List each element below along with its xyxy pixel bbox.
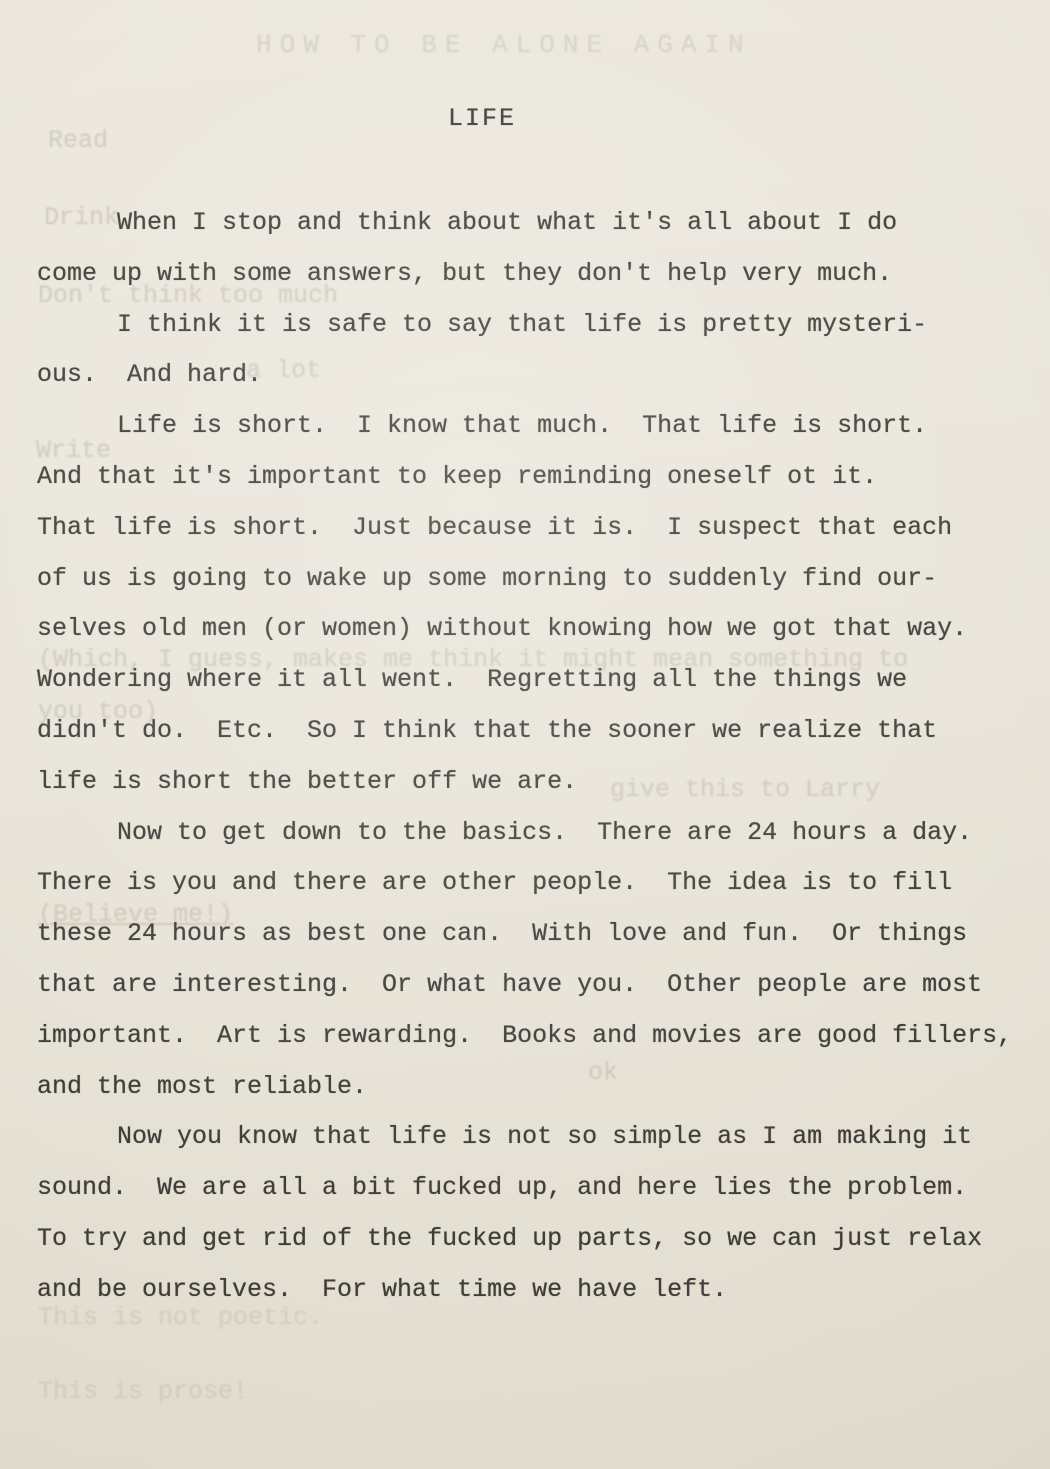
typewritten-line: didn't do. Etc. So I think that the soon…: [37, 706, 1037, 757]
ghost-line: Read: [48, 126, 108, 155]
typewritten-line: ous. And hard.: [37, 350, 1037, 401]
typewritten-line: Life is short. I know that much. That li…: [37, 401, 1037, 452]
typewritten-line: important. Art is rewarding. Books and m…: [37, 1011, 1037, 1062]
typewritten-line: selves old men (or women) without knowin…: [37, 604, 1037, 655]
typewritten-line: and be ourselves. For what time we have …: [37, 1265, 1037, 1316]
typewritten-line: life is short the better off we are.: [37, 757, 1037, 808]
typewritten-line: and the most reliable.: [37, 1062, 1037, 1113]
typewritten-line: That life is short. Just because it is. …: [37, 503, 1037, 554]
page-title: LIFE: [448, 104, 516, 133]
typewritten-line: Now to get down to the basics. There are…: [37, 808, 1037, 859]
typewritten-line: come up with some answers, but they don'…: [37, 249, 1037, 300]
typewritten-line: To try and get rid of the fucked up part…: [37, 1214, 1037, 1265]
typewritten-line: When I stop and think about what it's al…: [37, 198, 1037, 249]
ghost-title: HOW TO BE ALONE AGAIN: [256, 30, 752, 60]
typewritten-line: Now you know that life is not so simple …: [37, 1112, 1037, 1163]
typewritten-line: And that it's important to keep remindin…: [37, 452, 1037, 503]
ghost-line: This is prose!: [38, 1377, 248, 1406]
typewritten-line: sound. We are all a bit fucked up, and h…: [37, 1163, 1037, 1214]
typewritten-line: these 24 hours as best one can. With lov…: [37, 909, 1037, 960]
typewritten-line: There is you and there are other people.…: [37, 858, 1037, 909]
typewritten-line: of us is going to wake up some morning t…: [37, 554, 1037, 605]
scanned-page: HOW TO BE ALONE AGAIN Read Drink Don't t…: [0, 0, 1050, 1469]
typewritten-line: Wondering where it all went. Regretting …: [37, 655, 1037, 706]
typewritten-line: that are interesting. Or what have you. …: [37, 960, 1037, 1011]
typewritten-line: I think it is safe to say that life is p…: [37, 300, 1037, 351]
document-body: When I stop and think about what it's al…: [37, 198, 1037, 1316]
